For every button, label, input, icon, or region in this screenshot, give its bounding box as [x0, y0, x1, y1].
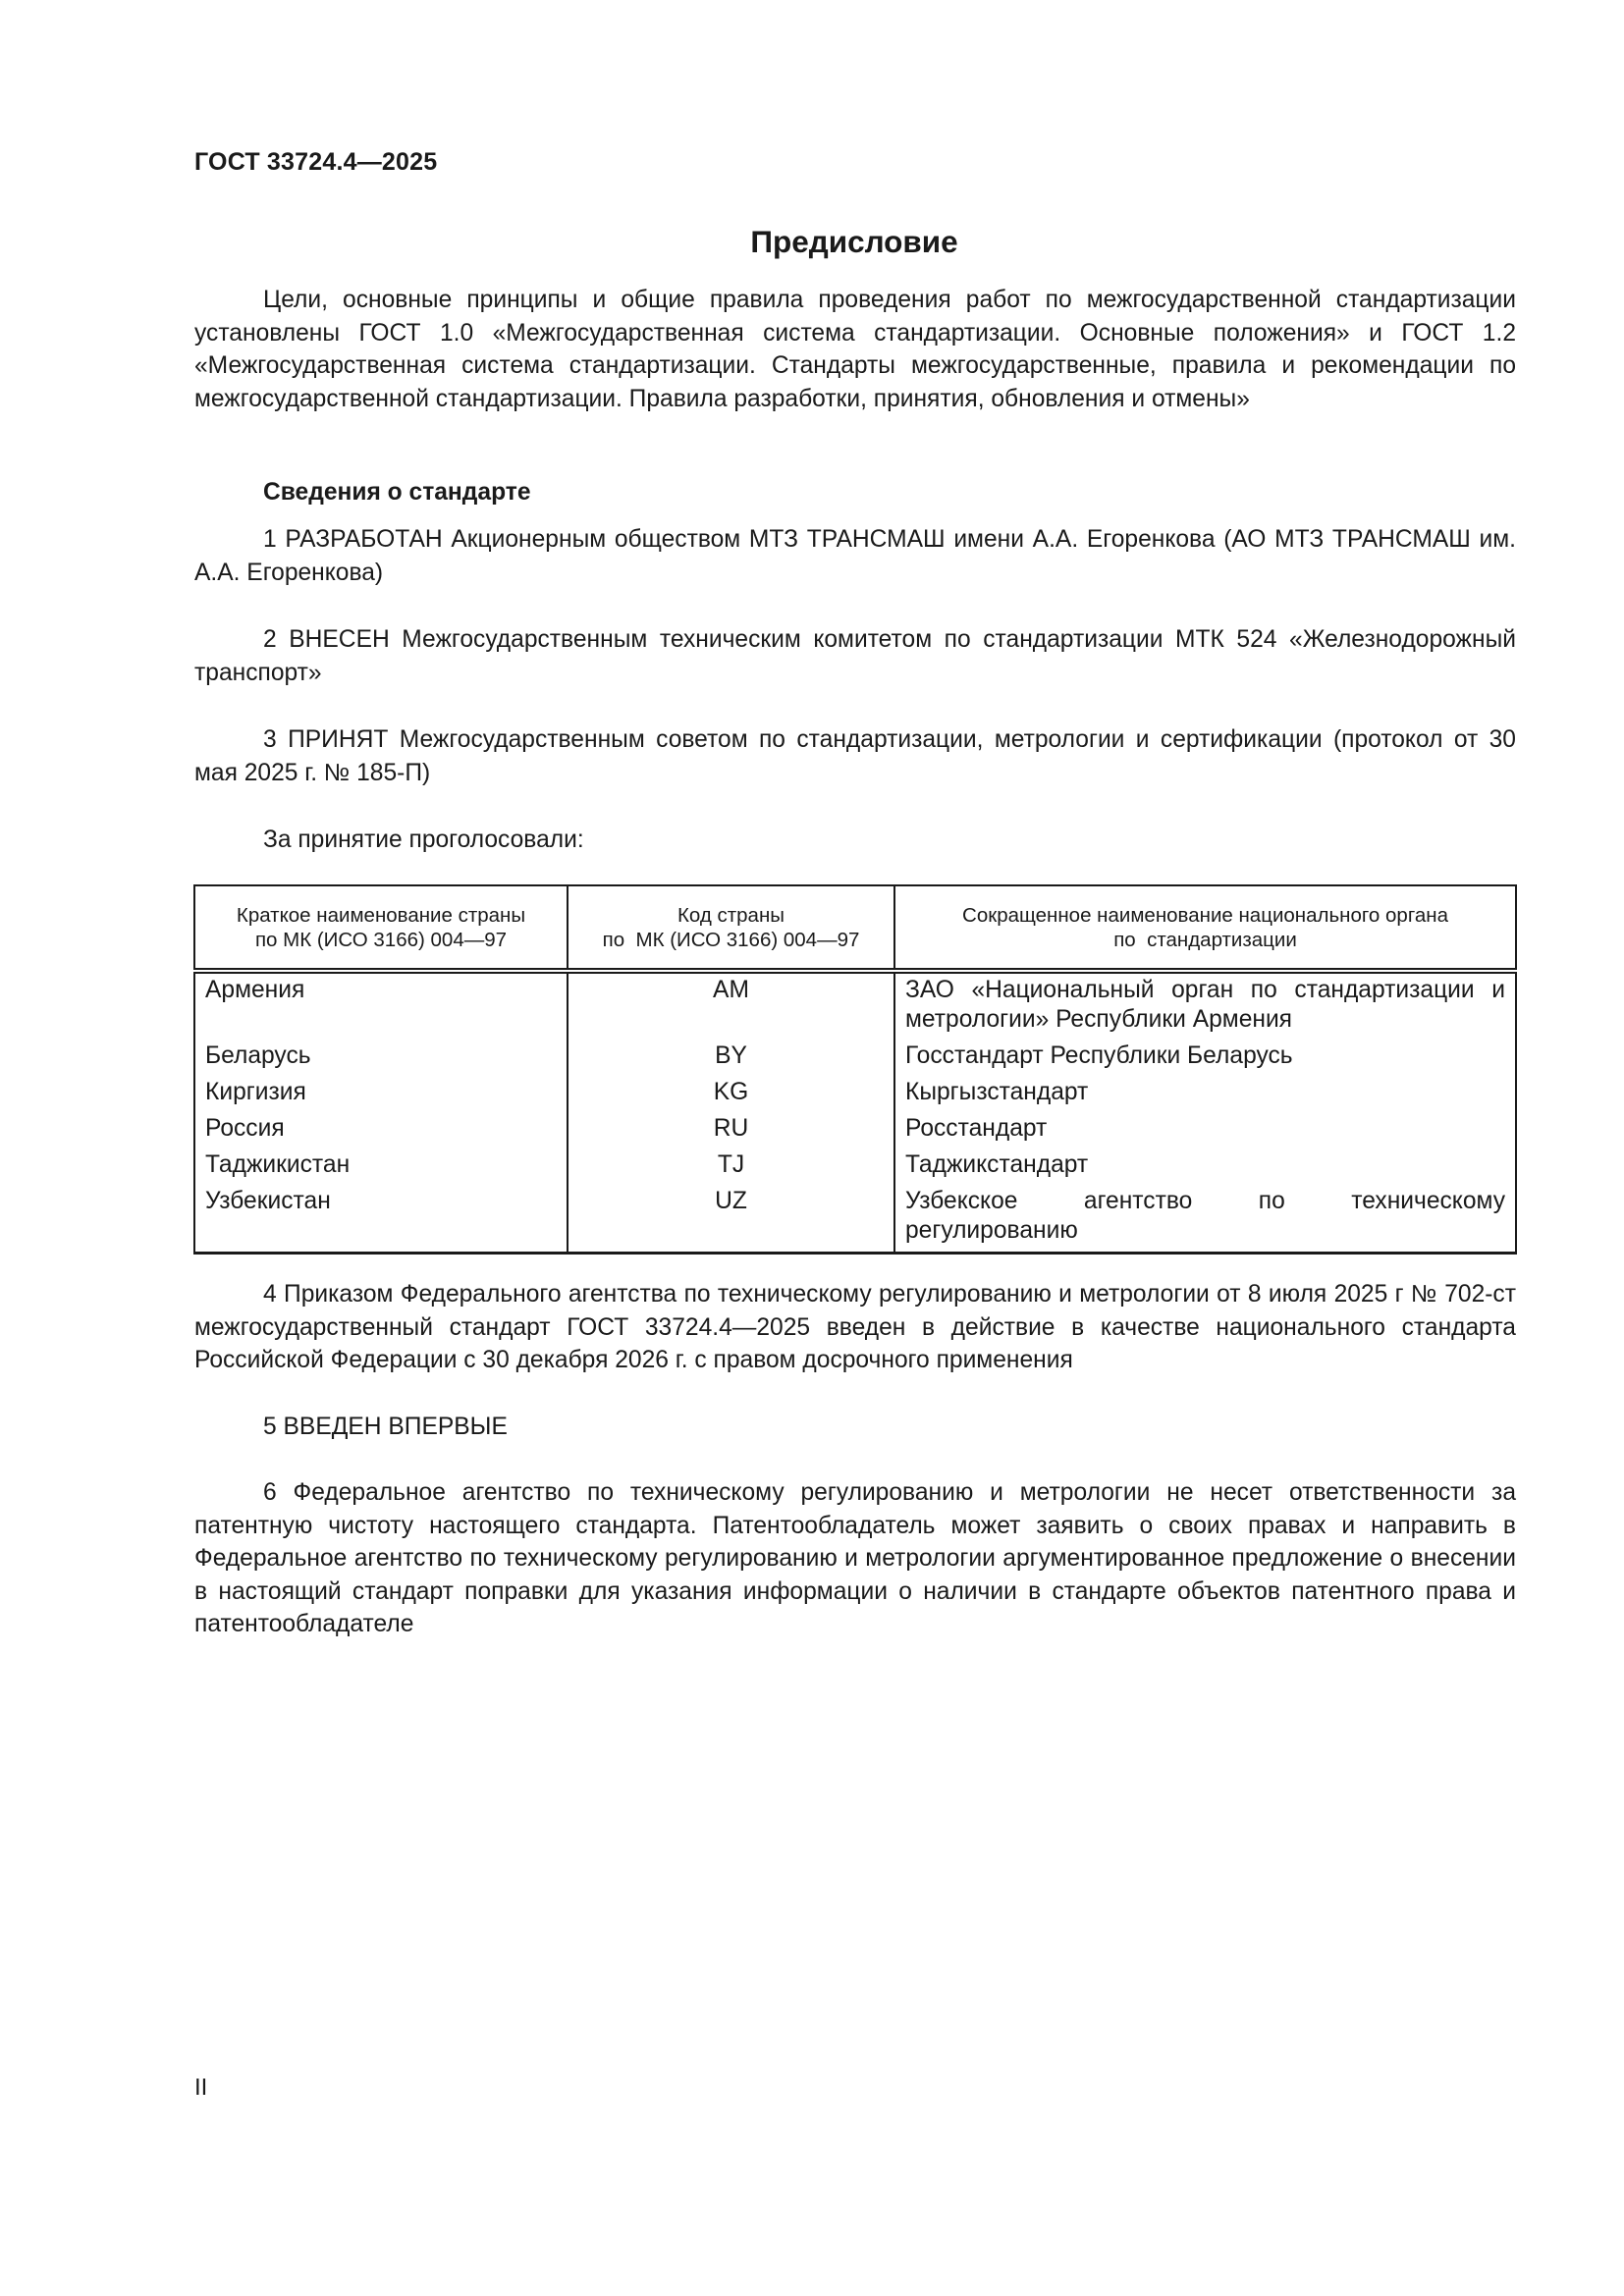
header-line: Сокращенное наименование национального о…: [962, 904, 1448, 927]
cell-code: UZ: [568, 1185, 894, 1254]
cell-organization: Таджикстандарт: [894, 1148, 1516, 1185]
header-line: по МК (ИСО 3166) 004—97: [255, 929, 507, 951]
intro-text: Цели, основные принципы и общие правила …: [194, 284, 1516, 415]
cell-code: KG: [568, 1076, 894, 1112]
cell-code: AM: [568, 971, 894, 1040]
cell-country: Армения: [194, 971, 568, 1040]
item-1-text: 1 РАЗРАБОТАН Акционерным обществом МТЗ Т…: [194, 523, 1516, 589]
cell-country: Таджикистан: [194, 1148, 568, 1185]
column-header-organization: Сокращенное наименование национального о…: [894, 885, 1516, 971]
cell-organization: Кыргызстандарт: [894, 1076, 1516, 1112]
page-title: Предисловие: [0, 224, 1624, 260]
column-header-country: Краткое наименование страны по МК (ИСО 3…: [194, 885, 568, 971]
table-row: ТаджикистанTJТаджикстандарт: [194, 1148, 1516, 1185]
header-line: Код страны: [677, 904, 785, 927]
cell-organization: Узбекское агентство по техническому регу…: [894, 1185, 1516, 1254]
table-row: УзбекистанUZУзбекское агентство по техни…: [194, 1185, 1516, 1254]
item-4: 4 Приказом Федерального агентства по тех…: [194, 1278, 1516, 1377]
column-header-code: Код страны по МК (ИСО 3166) 004—97: [568, 885, 894, 971]
item-6: 6 Федеральное агентство по техническому …: [194, 1476, 1516, 1641]
item-4-text: 4 Приказом Федерального агентства по тех…: [194, 1278, 1516, 1377]
votes-intro: За принятие проголосовали:: [194, 824, 1516, 857]
table-body: АрменияAMЗАО «Национальный орган по стан…: [194, 971, 1516, 1254]
header-line: по стандартизации: [1113, 929, 1297, 951]
page-number: II: [194, 2074, 207, 2102]
cell-organization: Госстандарт Республики Беларусь: [894, 1040, 1516, 1076]
item-6-text: 6 Федеральное агентство по техническому …: [194, 1476, 1516, 1641]
cell-organization: Росстандарт: [894, 1112, 1516, 1148]
table-header-row: Краткое наименование страны по МК (ИСО 3…: [194, 885, 1516, 971]
cell-code: RU: [568, 1112, 894, 1148]
cell-code: BY: [568, 1040, 894, 1076]
section-heading-block: Сведения о стандарте: [194, 476, 1516, 509]
header-line: по МК (ИСО 3166) 004—97: [603, 929, 860, 951]
cell-country: Беларусь: [194, 1040, 568, 1076]
cell-code: TJ: [568, 1148, 894, 1185]
document-code: ГОСТ 33724.4—2025: [194, 148, 437, 177]
item-2-text: 2 ВНЕСЕН Межгосударственным техническим …: [194, 623, 1516, 689]
table-row: АрменияAMЗАО «Национальный орган по стан…: [194, 971, 1516, 1040]
table-row: КиргизияKGКыргызстандарт: [194, 1076, 1516, 1112]
cell-country: Узбекистан: [194, 1185, 568, 1254]
cell-organization: ЗАО «Национальный орган по стандартизаци…: [894, 971, 1516, 1040]
table-row: РоссияRUРосстандарт: [194, 1112, 1516, 1148]
table-row: БеларусьBYГосстандарт Республики Беларус…: [194, 1040, 1516, 1076]
section-heading: Сведения о стандарте: [194, 476, 1516, 509]
item-5: 5 ВВЕДЕН ВПЕРВЫЕ: [194, 1411, 1516, 1444]
item-2: 2 ВНЕСЕН Межгосударственным техническим …: [194, 623, 1516, 689]
votes-intro-text: За принятие проголосовали:: [194, 824, 1516, 857]
intro-paragraph: Цели, основные принципы и общие правила …: [194, 284, 1516, 415]
item-3: 3 ПРИНЯТ Межгосударственным советом по с…: [194, 723, 1516, 789]
item-5-text: 5 ВВЕДЕН ВПЕРВЫЕ: [194, 1411, 1516, 1444]
header-line: Краткое наименование страны: [237, 904, 525, 927]
cell-country: Киргизия: [194, 1076, 568, 1112]
votes-table: Краткое наименование страны по МК (ИСО 3…: [193, 884, 1517, 1255]
cell-country: Россия: [194, 1112, 568, 1148]
item-3-text: 3 ПРИНЯТ Межгосударственным советом по с…: [194, 723, 1516, 789]
item-1: 1 РАЗРАБОТАН Акционерным обществом МТЗ Т…: [194, 523, 1516, 589]
